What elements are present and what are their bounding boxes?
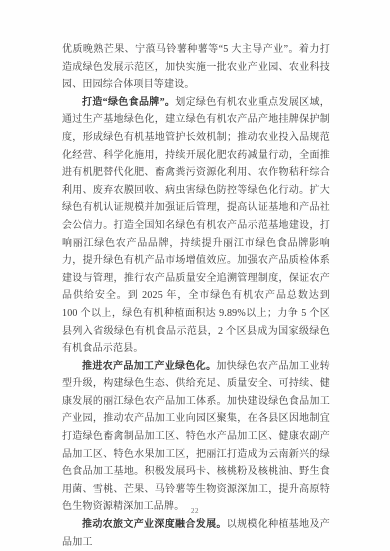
paragraph-continuation: 优质晚熟芒果、宁蒗马铃薯种薯等“5 大主导产业”。着力打造成绿色发展示范区，加快… (62, 41, 330, 94)
document-body: 优质晚熟芒果、宁蒗马铃薯种薯等“5 大主导产业”。着力打造成绿色发展示范区，加快… (62, 41, 330, 551)
paragraph-text: 优质晚熟芒果、宁蒗马铃薯种薯等“5 大主导产业”。着力打造成绿色发展示范区，加快… (62, 44, 330, 90)
paragraph-text: 划定绿色有机农业重点发展区域，通过生产基地绿色化，建立绿色有机农产品产地挂牌保护… (62, 97, 330, 354)
paragraph-green-food-brand: 打造“绿色食品牌”。划定绿色有机农业重点发展区域，通过生产基地绿色化，建立绿色有… (62, 94, 330, 358)
paragraph-processing-industry: 推进农产品加工产业绿色化。加快绿色农产品加工业转型升级，构建绿色生态、供给充足、… (62, 358, 330, 516)
paragraph-lead: 打造“绿色食品牌”。 (82, 97, 175, 108)
document-page: 优质晚熟芒果、宁蒗马铃薯种薯等“5 大主导产业”。着力打造成绿色发展示范区，加快… (0, 0, 390, 551)
page-number: 22 (0, 507, 390, 515)
paragraph-lead: 推动农旅文产业深度融合发展。 (82, 519, 227, 530)
paragraph-text: 加快绿色农产品加工业转型升级，构建绿色生态、供给充足、质量安全、可持续、健康发展… (62, 361, 330, 513)
paragraph-agritourism-fusion: 推动农旅文产业深度融合发展。以规模化种植基地及产品加工 (62, 516, 330, 551)
paragraph-lead: 推进农产品加工产业绿色化。 (82, 361, 216, 372)
